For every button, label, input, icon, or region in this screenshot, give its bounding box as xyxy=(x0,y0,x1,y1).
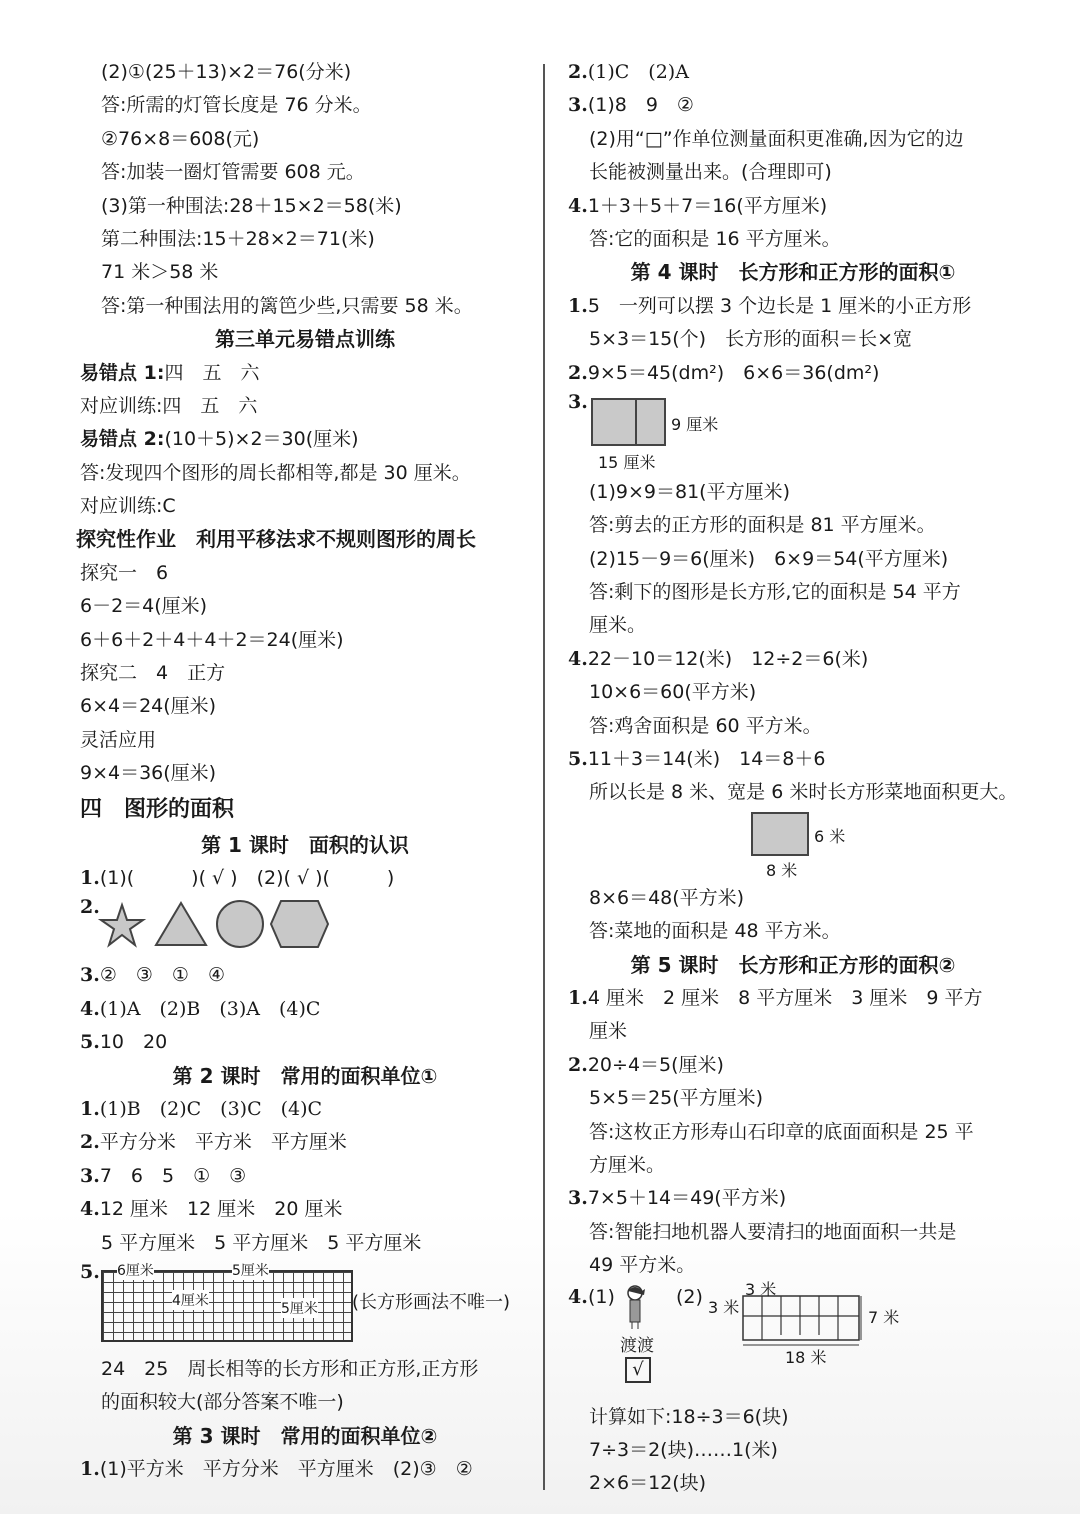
bottom-label: 8 米 xyxy=(766,858,797,881)
practice-label: 对应训练: xyxy=(80,495,162,517)
question-number: 3. xyxy=(80,1165,100,1187)
right-column: 2.(1)C (2)A 3.(1)8 9 ② (2)用“□”作单位测量面积更准确… xyxy=(568,56,1018,1501)
question-number: 2. xyxy=(568,1054,588,1076)
grid-figure: 5. 6厘米 5厘米 4厘米 5厘米 (长方形画法不唯一) xyxy=(80,1260,530,1353)
error-point-2: 易错点 2:(10＋5)×2＝30(厘米) xyxy=(80,423,530,456)
lesson-title: 第 5 课时 长方形和正方形的面积② xyxy=(568,949,1018,982)
shapes-figure: 2. xyxy=(80,895,530,959)
unit-title: 四 图形的面积 xyxy=(80,791,530,829)
side-label: 9 厘米 xyxy=(671,412,718,435)
answer-text: 4 厘米 2 厘米 8 平方厘米 3 厘米 9 平方 xyxy=(588,987,983,1009)
answer-line: 6×4＝24(厘米) xyxy=(80,690,530,723)
section-title-explore: 探究性作业 利用平移法求不规则图形的周长 xyxy=(76,523,530,556)
answer-line: 方厘米。 xyxy=(568,1149,1018,1182)
answer-line: ②76×8＝608(元) xyxy=(80,123,530,156)
grid-note: (长方形画法不唯一) xyxy=(352,1288,510,1314)
answer-line: (1)9×9＝81(平方厘米) xyxy=(568,476,1018,509)
answer-text: 22－10＝12(米) 12÷2＝6(米) xyxy=(588,648,868,670)
answer-line: 5 平方厘米 5 平方厘米 5 平方厘米 xyxy=(80,1227,530,1260)
question-number: 2. xyxy=(568,362,588,384)
answer-text: 20÷4＝5(厘米) xyxy=(588,1054,724,1076)
answer-text: 12 厘米 12 厘米 20 厘米 xyxy=(100,1198,343,1220)
lesson-title: 第 2 课时 常用的面积单位① xyxy=(80,1060,530,1093)
answer-text: (1)( )( √ ) (2)( √ )( ) xyxy=(100,867,395,889)
answer-line: 答:加装一圈灯管需要 608 元。 xyxy=(80,156,530,189)
answer-line: 2×6＝12(块) xyxy=(568,1467,1018,1500)
error-text: (10＋5)×2＝30(厘米) xyxy=(164,428,358,450)
answer-text: 平方分米 平方米 平方厘米 xyxy=(100,1131,347,1153)
answer-text: 7 6 5 ① ③ xyxy=(100,1165,246,1187)
question-number: 2. xyxy=(80,891,100,924)
rectangle-shape xyxy=(751,812,809,856)
tiling-figure: 4. (1) 渡渡 √ (2) 3 米 3 米 7 米 18 米 xyxy=(568,1283,1018,1401)
question-number: 5. xyxy=(568,748,588,770)
question-number: 4. xyxy=(568,1281,588,1314)
answer-text: 9×5＝45(dm²) 6×6＝36(dm²) xyxy=(588,362,880,384)
section-title-unit3-errors: 第三单元易错点训练 xyxy=(80,323,530,356)
answer-line: 6－2＝4(厘米) xyxy=(80,590,530,623)
answer-line: 9×4＝36(厘米) xyxy=(80,757,530,790)
error-point-1: 易错点 1:四 五 六 xyxy=(80,357,530,390)
answer-line: 探究二 4 正方 xyxy=(80,657,530,690)
answer-line: 答:发现四个图形的周长都相等,都是 30 厘米。 xyxy=(80,457,530,490)
bottom-label: 15 厘米 xyxy=(598,450,655,473)
grid-label: 6厘米 xyxy=(117,1260,154,1280)
question-number: 2. xyxy=(80,1131,100,1153)
column-divider xyxy=(543,64,545,1490)
practice-2: 对应训练:C xyxy=(80,490,530,523)
question-number: 3. xyxy=(568,386,588,419)
question-number: 3. xyxy=(568,1187,588,1209)
shaded-shapes-icon xyxy=(98,895,358,959)
question-number: 1. xyxy=(80,1098,100,1120)
question-number: 1. xyxy=(568,295,588,317)
answer-line: 10×6＝60(平方米) xyxy=(568,676,1018,709)
answer-text: (1)8 9 ② xyxy=(588,94,694,116)
error-label: 易错点 2: xyxy=(80,428,164,450)
answer-line: 灵活应用 xyxy=(80,724,530,757)
answer-line: 所以长是 8 米、宽是 6 米时长方形菜地面积更大。 xyxy=(568,776,1018,809)
practice-text: 四 五 六 xyxy=(162,395,257,417)
error-label: 易错点 1: xyxy=(80,362,164,384)
answer-line: 长能被测量出来。(合理即可) xyxy=(568,156,1018,189)
cut-rectangle-figure: 3. 9 厘米 15 厘米 xyxy=(568,390,1018,476)
answer-text: (1)C (2)A xyxy=(588,61,689,83)
question-number: 3. xyxy=(80,964,100,986)
answer-text: ② ③ ① ④ xyxy=(100,964,225,986)
answer-line: 24 25 周长相等的长方形和正方形,正方形 xyxy=(80,1353,530,1386)
grid-label: 5厘米 xyxy=(232,1260,269,1280)
question-number: 4. xyxy=(568,195,588,217)
answer-line: 答:它的面积是 16 平方厘米。 xyxy=(568,223,1018,256)
question-number: 2. xyxy=(568,61,588,83)
answer-line: 71 米＞58 米 xyxy=(80,256,530,289)
answer-line: 厘米。 xyxy=(568,609,1018,642)
lesson-title: 第 3 课时 常用的面积单位② xyxy=(80,1420,530,1453)
answer-line: 答:剪去的正方形的面积是 81 平方厘米。 xyxy=(568,509,1018,542)
hexagon-shape xyxy=(271,901,328,947)
answer-text: 1＋3＋5＋7＝16(平方厘米) xyxy=(588,195,827,217)
dimension-label-top: 3 米 xyxy=(745,1277,776,1300)
answer-line: 答:这枚正方形寿山石印章的底面面积是 25 平 xyxy=(568,1116,1018,1149)
answer-line: 6＋6＋2＋4＋4＋2＝24(厘米) xyxy=(80,624,530,657)
answer-line: 厘米 xyxy=(568,1015,1018,1048)
girl-name: 渡渡 xyxy=(620,1331,654,1356)
triangle-shape xyxy=(156,903,206,945)
answer-line: (2)用“□”作单位测量面积更准确,因为它的边 xyxy=(568,123,1018,156)
question-number: 5. xyxy=(80,1031,100,1053)
question-number: 4. xyxy=(568,648,588,670)
answer-line: 7÷3＝2(块)……1(米) xyxy=(568,1434,1018,1467)
answer-text: (1)A (2)B (3)A (4)C xyxy=(100,998,321,1020)
answer-line: 计算如下:18÷3＝6(块) xyxy=(568,1401,1018,1434)
answer-line: (2)15－9＝6(厘米) 6×9＝54(平方厘米) xyxy=(568,543,1018,576)
star-shape xyxy=(101,905,143,945)
question-number: 4. xyxy=(80,1198,100,1220)
lesson-title: 第 4 课时 长方形和正方形的面积① xyxy=(568,256,1018,289)
tiling-diagram-icon xyxy=(740,1293,880,1353)
girl-figure-icon xyxy=(623,1285,649,1331)
question-number: 3. xyxy=(568,94,588,116)
answer-line: 答:所需的灯管长度是 76 分米。 xyxy=(80,89,530,122)
field-rectangle-figure: 6 米 8 米 xyxy=(568,810,1018,882)
question-number: 1. xyxy=(80,867,100,889)
answer-text: 7×5＋14＝49(平方米) xyxy=(588,1187,786,1209)
answer-text: (1)平方米 平方分米 平方厘米 (2)③ ② xyxy=(100,1458,473,1480)
check-box: √ xyxy=(625,1357,651,1383)
lesson-title: 第 1 课时 面积的认识 xyxy=(80,829,530,862)
answer-line: 答:剩下的图形是长方形,它的面积是 54 平方 xyxy=(568,576,1018,609)
question-number: 4. xyxy=(80,998,100,1020)
answer-line: 49 平方米。 xyxy=(568,1249,1018,1282)
left-column: (2)①(25＋13)×2＝76(分米) 答:所需的灯管长度是 76 分米。 ②… xyxy=(80,56,530,1486)
answer-line: 第二种围法:15＋28×2＝71(米) xyxy=(80,223,530,256)
answer-line: 答:智能扫地机器人要清扫的地面面积一共是 xyxy=(568,1216,1018,1249)
answer-text: 11＋3＝14(米) 14＝8＋6 xyxy=(588,748,826,770)
dimension-label-left: 3 米 xyxy=(708,1295,739,1318)
practice-text: C xyxy=(162,495,175,517)
answer-line: 的面积较大(部分答案不唯一) xyxy=(80,1386,530,1419)
question-number: 1. xyxy=(80,1458,100,1480)
part-label: (1) xyxy=(588,1281,615,1314)
answer-line: 探究一 6 xyxy=(80,557,530,590)
side-label: 6 米 xyxy=(814,824,845,847)
answer-line: 答:第一种围法用的篱笆少些,只需要 58 米。 xyxy=(80,290,530,323)
answer-line: 8×6＝48(平方米) xyxy=(568,882,1018,915)
answer-text: (1)B (2)C (3)C (4)C xyxy=(100,1098,322,1120)
grid-label: 5厘米 xyxy=(281,1298,318,1318)
answer-text: 5 一列可以摆 3 个边长是 1 厘米的小正方形 xyxy=(588,295,971,317)
answer-line: 答:鸡舍面积是 60 平方米。 xyxy=(568,710,1018,743)
question-number: 5. xyxy=(80,1256,100,1289)
answer-line: 5×3＝15(个) 长方形的面积＝长×宽 xyxy=(568,323,1018,356)
error-text: 四 五 六 xyxy=(164,362,259,384)
rectangle-shape xyxy=(591,398,666,446)
question-number: 1. xyxy=(568,987,588,1009)
part-label: (2) xyxy=(676,1281,703,1314)
answer-line: 5×5＝25(平方厘米) xyxy=(568,1082,1018,1115)
answer-line: (2)①(25＋13)×2＝76(分米) xyxy=(80,56,530,89)
dimension-label-right: 7 米 xyxy=(868,1305,899,1328)
answer-text: 10 20 xyxy=(100,1031,167,1053)
dimension-label-bottom: 18 米 xyxy=(785,1345,826,1368)
practice-1: 对应训练:四 五 六 xyxy=(80,390,530,423)
practice-label: 对应训练: xyxy=(80,395,162,417)
circle-shape xyxy=(217,901,263,947)
grid-label: 4厘米 xyxy=(172,1290,209,1310)
cut-line xyxy=(635,400,637,444)
answer-line: 答:菜地的面积是 48 平方米。 xyxy=(568,915,1018,948)
answer-line: (3)第一种围法:28＋15×2＝58(米) xyxy=(80,190,530,223)
